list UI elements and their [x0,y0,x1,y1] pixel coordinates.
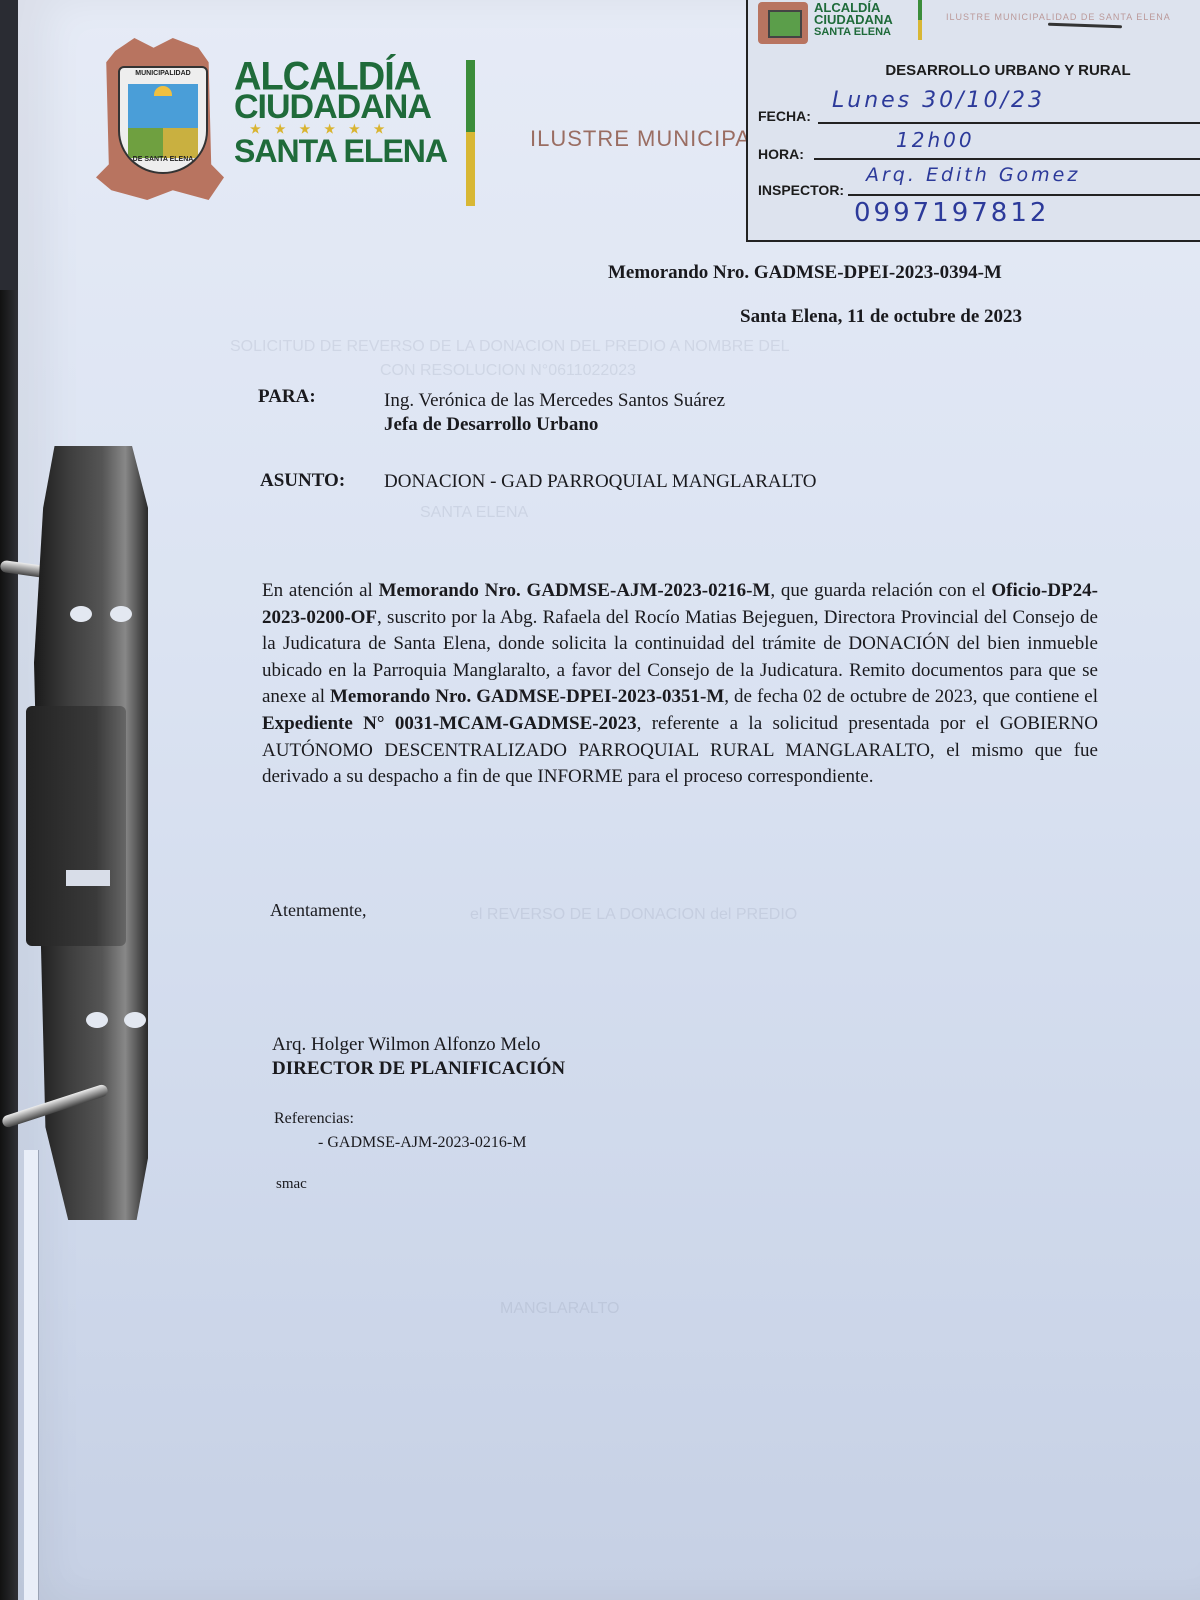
hora-line [814,158,1200,160]
bleed-through-text: SANTA ELENA [420,504,528,522]
signer-role: DIRECTOR DE PLANIFICACIÓN [272,1058,565,1080]
stamp-brand-line: CIUDADANA [814,14,893,26]
brand-divider [466,60,475,206]
brand-logo-text: ALCALDÍA CIUDADANA ★★★★★★ SANTA ELENA [234,62,447,166]
subject-text: DONACION - GAD PARROQUIAL MANGLARALTO [384,471,816,493]
typist-initials: smac [276,1176,307,1193]
letterhead-subtitle: ILUSTRE MUNICIPALIDAD [530,126,748,152]
stamp-divider [918,0,922,40]
memo-body: En atención al Memorando Nro. GADMSE-AJM… [262,578,1098,791]
bleed-through-text: SOLICITUD DE REVERSO DE LA DONACION DEL … [230,338,790,356]
brand-line-1: ALCALDÍA [234,61,447,93]
reception-stamp: ALCALDÍA CIUDADANA SANTA ELENA ILUSTRE M… [746,0,1200,242]
reference-item: - GADMSE-AJM-2023-0216-M [318,1134,526,1152]
stamp-title: DESARROLLO URBANO Y RURAL [748,62,1200,79]
inspector-phone: 0997197812 [854,198,1049,228]
para-label: PARA: [258,386,316,408]
hora-label: HORA: [758,146,804,162]
inspector-value: Arq. Edith Gomez [866,164,1080,186]
bleed-through-text: MANGLARALTO [500,1300,619,1318]
crest-bottom-text: DE SANTA ELENA [120,156,206,163]
references-label: Referencias: [274,1110,354,1128]
fecha-value: Lunes 30/10/23 [832,88,1045,113]
crest-top-text: MUNICIPALIDAD [120,70,206,77]
ref-memo-dpei: Memorando Nro. GADMSE-DPEI-2023-0351-M [330,686,724,707]
memo-number: Memorando Nro. GADMSE-DPEI-2023-0394-M [608,262,1002,284]
body-text: , que guarda relación con el [770,580,991,601]
body-text: En atención al [262,580,379,601]
fecha-label: FECHA: [758,108,811,124]
bleed-through-text: CON RESOLUCION N°0611022023 [380,362,636,380]
memo-date: Santa Elena, 11 de octubre de 2023 [740,306,1022,328]
stamp-subtitle: ILUSTRE MUNICIPALIDAD DE SANTA ELENA [946,12,1171,22]
recipient-name: Ing. Verónica de las Mercedes Santos Suá… [384,390,725,412]
signer-name: Arq. Holger Wilmon Alfonzo Melo [272,1034,541,1056]
stamp-brand-line: SANTA ELENA [814,26,893,38]
ref-expediente: Expediente N° 0031-MCAM-GADMSE-2023 [262,713,637,734]
stamp-brand: ALCALDÍA CIUDADANA SANTA ELENA [814,2,893,38]
inspector-label: INSPECTOR: [758,182,844,198]
inspector-line [848,194,1200,196]
ref-memo-ajm: Memorando Nro. GADMSE-AJM-2023-0216-M [379,580,771,601]
recipient-role: Jefa de Desarrollo Urbano [384,414,598,436]
brand-line-3: SANTA ELENA [234,136,447,166]
asunto-label: ASUNTO: [260,470,345,492]
fecha-line [818,122,1200,124]
closing: Atentamente, [270,900,366,921]
bleed-through-text: el REVERSO DE LA DONACION del PREDIO [470,906,797,924]
crest-shield: MUNICIPALIDAD DE SANTA ELENA [118,66,208,174]
stamp-crest-icon [758,2,808,44]
body-text: , de fecha 02 de octubre de 2023, que co… [724,686,1098,707]
pen-mark [1048,23,1122,29]
hora-value: 12h00 [896,128,975,152]
